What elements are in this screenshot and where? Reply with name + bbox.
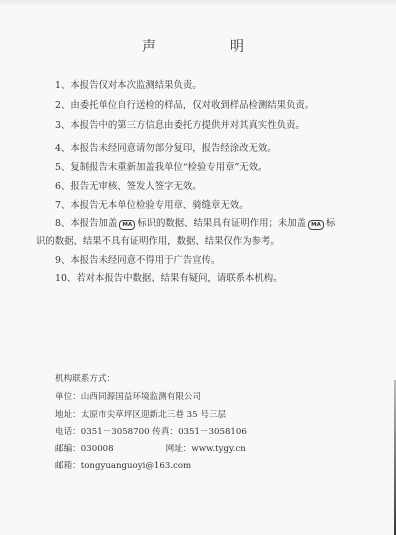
contact-address: 地址：太原市尖草坪区迎新北三巷 35 号三层 [55,410,226,421]
contact-heading: 机构联系方式： [55,374,115,385]
statement-10: 10、若对本报告中数据、结果有疑问，请联系本机构。 [55,273,283,285]
fax-label: 传真： [152,427,178,437]
statement-7: 7、本报告无本单位检验专用章、骑缝章无效。 [55,200,248,212]
page-top-shadow [0,0,396,6]
email-label: 邮箱： [55,461,81,471]
contact-email: 邮箱：tongyuanguoyi@163.com [55,461,191,472]
address-label: 地址： [55,410,81,420]
postcode-label: 邮编： [55,444,81,454]
statement-8-part3: 标 [326,218,335,229]
fax-value: 0351－3058106 [178,427,247,437]
statement-8: 8、本报告加盖MA标识的数据、结果具有证明作用；未加盖MA标 [55,218,335,230]
contact-unit: 单位：山西同源国益环境监测有限公司 [55,392,201,403]
statement-8-part2: 标识的数据、结果具有证明作用；未加盖 [137,218,306,229]
phone-label: 电话： [55,427,81,437]
cma-seal-icon: MA [119,220,135,230]
statement-6: 6、报告无审核、签发人签字无效。 [55,181,202,193]
statement-3: 3、本报告中的第三方信息由委托方提供并对其真实性负责。 [55,120,305,132]
statement-2: 2、由委托单位自行送检的样品，仅对收到样品检测结果负责。 [55,100,314,112]
postcode-value: 030008 [81,444,114,454]
cma-seal-icon: MA [308,220,324,230]
statement-9: 9、本报告未经同意不得用于广告宣传。 [55,255,220,267]
contact-postcode: 邮编：030008网址：www.tygy.cn [55,444,246,455]
website-label: 网址： [166,444,192,454]
document-page: 声 明 1、本报告仅对本次监测结果负责。 2、由委托单位自行送检的样品，仅对收到… [0,0,396,535]
statement-1: 1、本报告仅对本次监测结果负责。 [55,80,202,92]
address-value: 太原市尖草坪区迎新北三巷 35 号三层 [81,410,226,420]
unit-label: 单位： [55,392,81,402]
statement-5: 5、复制报告未重新加盖我单位“检验专用章”无效。 [55,162,267,174]
unit-value: 山西同源国益环境监测有限公司 [81,392,201,402]
statement-4: 4、本报告未经同意请勿部分复印，报告经涂改无效。 [55,143,277,155]
page-title: 声 明 [0,36,396,56]
email-value: tongyuanguoyi@163.com [81,461,191,471]
phone-value: 0351－3058700 [81,427,150,437]
website-value: www.tygy.cn [191,444,245,454]
statement-8-part1: 8、本报告加盖 [55,218,117,229]
statement-8-line2: 识的数据、结果不具有证明作用，数据、结果仅作为参考。 [36,236,280,248]
contact-phone: 电话：0351－3058700 传真：0351－3058106 [55,427,247,438]
